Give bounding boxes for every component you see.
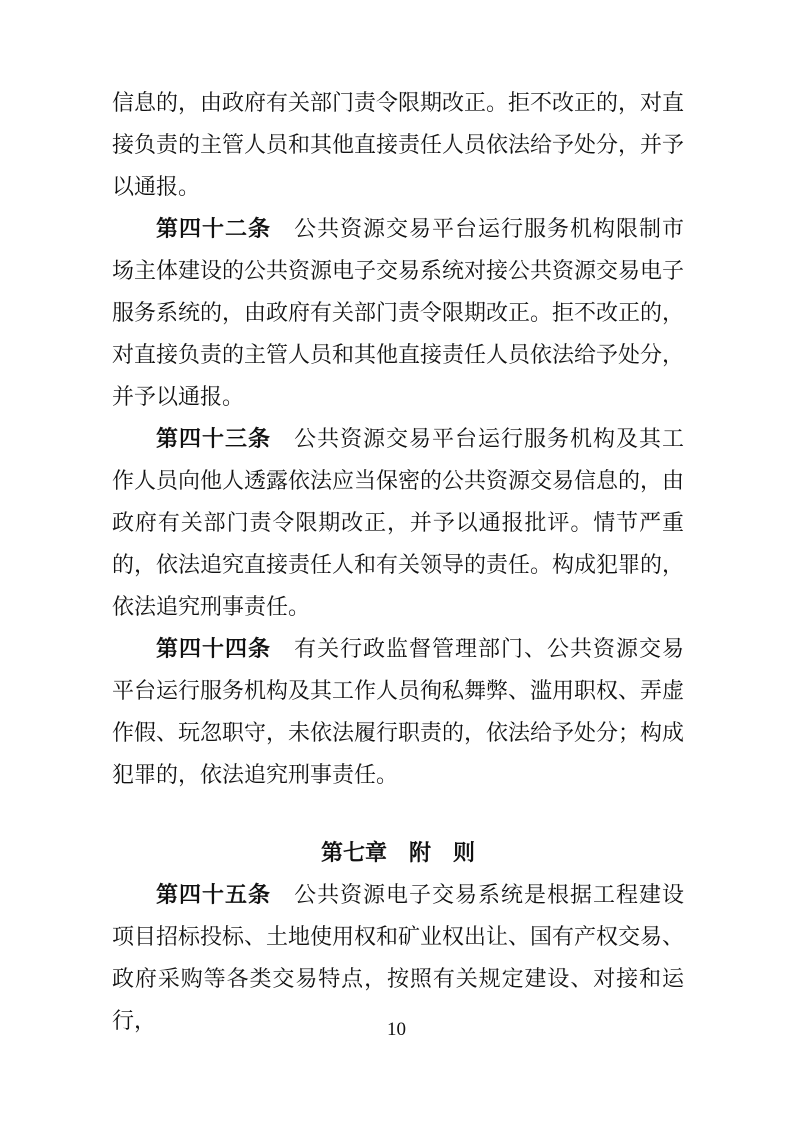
article-43-text: 公共资源交易平台运行服务机构及其工作人员向他人透露依法应当保密的公共资源交易信息… — [112, 426, 684, 619]
article-43-number: 第四十三条 — [156, 426, 271, 451]
paragraph-article-45: 第四十五条公共资源电子交易系统是根据工程建设项目招标投标、土地使用权和矿业权出让… — [112, 874, 684, 1042]
article-45-number: 第四十五条 — [156, 882, 271, 907]
paragraph-article-44: 第四十四条有关行政监督管理部门、公共资源交易平台运行服务机构及其工作人员徇私舞弊… — [112, 628, 684, 796]
article-42-number: 第四十二条 — [156, 216, 271, 241]
paragraph-article-42: 第四十二条公共资源交易平台运行服务机构限制市场主体建设的公共资源电子交易系统对接… — [112, 208, 684, 418]
page-number: 10 — [0, 1018, 793, 1042]
paragraph-article-43: 第四十三条公共资源交易平台运行服务机构及其工作人员向他人透露依法应当保密的公共资… — [112, 418, 684, 628]
document-page: 信息的，由政府有关部门责令限期改正。拒不改正的，对直接负责的主管人员和其他直接责… — [0, 0, 793, 1122]
chapter-heading: 第七章 附 则 — [112, 832, 684, 874]
article-44-number: 第四十四条 — [156, 636, 271, 661]
document-body: 信息的，由政府有关部门责令限期改正。拒不改正的，对直接负责的主管人员和其他直接责… — [112, 82, 684, 1042]
article-42-text: 公共资源交易平台运行服务机构限制市场主体建设的公共资源电子交易系统对接公共资源交… — [112, 216, 684, 409]
paragraph-continuation: 信息的，由政府有关部门责令限期改正。拒不改正的，对直接负责的主管人员和其他直接责… — [112, 82, 684, 208]
